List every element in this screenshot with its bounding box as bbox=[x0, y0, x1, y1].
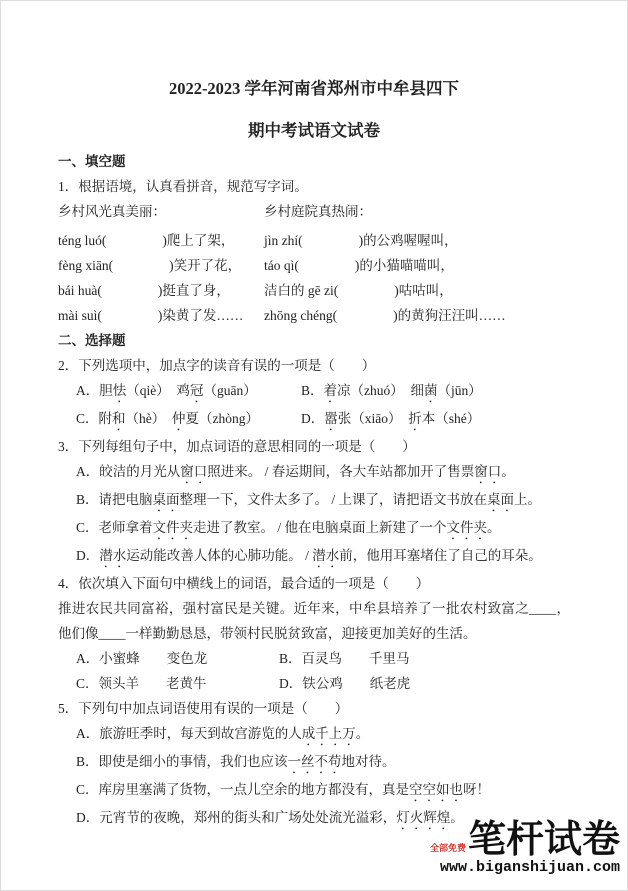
pinyin-clue: táo qì( bbox=[264, 258, 299, 273]
clue-suffix: )的黄狗汪汪叫…… bbox=[393, 308, 506, 323]
q2-option-d: D．嚣张（xiāo） 折本（shé） bbox=[301, 406, 570, 434]
q5-options: A．旅游旺季时，每天到故宫游览的人成千上万。 B．即使是细小的事情，我们也应该一… bbox=[58, 721, 570, 833]
section-heading-multiple-choice: 二、选择题 bbox=[58, 328, 570, 353]
q1-right-header: 乡村庭院真热闹： bbox=[264, 199, 570, 224]
pinyin-clue: zhōng chéng( bbox=[264, 308, 337, 323]
q2-option-b: B．着凉（zhuó） 细菌（jūn） bbox=[301, 378, 570, 406]
clue-suffix: )的公鸡喔喔叫， bbox=[359, 233, 458, 248]
q2-option-c: C．附和（hè） 仲夏（zhòng） bbox=[76, 406, 301, 434]
q3-option-c: C．老师拿着文件夹走进了教室。 / 他在电脑桌面上新建了一个文件夹。 bbox=[58, 515, 570, 543]
q3-stem: 3．下列每组句子中，加点词语的意思相同的一项是（ ） bbox=[58, 434, 570, 459]
pinyin-row: téng luó()爬上了架， jìn zhí()的公鸡喔喔叫， bbox=[58, 228, 570, 253]
q2-options: A．胆怯（qiè） 鸡冠（guān） B．着凉（zhuó） 细菌（jūn） C．… bbox=[58, 378, 570, 434]
pinyin-row: fèng xiān()笑开了花， táo qì()的小猫喵喵叫， bbox=[58, 253, 570, 278]
pinyin-row: bái huà()挺直了身， 洁白的 gē zi()咕咕叫， bbox=[58, 278, 570, 303]
q4-option-d: D．铁公鸡 纸老虎 bbox=[279, 671, 570, 696]
pinyin-clue: mài suì( bbox=[58, 308, 102, 323]
q2-stem: 2．下列选项中，加点字的读音有误的一项是（ ） bbox=[58, 353, 570, 378]
clue-suffix: )染黄了发…… bbox=[158, 308, 244, 323]
q5-option-b: B．即使是细小的事情，我们也应该一丝不苟地对待。 bbox=[58, 749, 570, 777]
clue-suffix: )笑开了花， bbox=[169, 258, 241, 273]
logo-brand-text: 笔杆试卷 bbox=[468, 821, 620, 859]
page-subtitle: 期中考试语文试卷 bbox=[58, 121, 570, 141]
q4-option-c: C．领头羊 老黄牛 bbox=[76, 671, 279, 696]
q3-option-a: A．皎洁的月光从窗口照进来。 / 春运期间，各大车站都加开了售票窗口。 bbox=[58, 459, 570, 487]
q4-options: A．小蜜蜂 变色龙 B．百灵鸟 千里马 C．领头羊 老黄牛 D．铁公鸡 纸老虎 bbox=[58, 646, 570, 696]
q3-options: A．皎洁的月光从窗口照进来。 / 春运期间，各大车站都加开了售票窗口。 B．请把… bbox=[58, 459, 570, 571]
q4-passage: 推进农民共同富裕，强村富民是关键。近年来，中牟县培养了一批农村致富之____，他… bbox=[58, 596, 570, 646]
pinyin-clue: bái huà( bbox=[58, 283, 102, 298]
clue-suffix: )爬上了架， bbox=[162, 233, 234, 248]
logo-website-url: www.biganshijuan.com bbox=[430, 859, 620, 877]
q3-option-b: B．请把电脑桌面整理一下，文件太多了。 / 上课了，请把语文书放在桌面上。 bbox=[58, 487, 570, 515]
pinyin-row: mài suì()染黄了发…… zhōng chéng()的黄狗汪汪叫…… bbox=[58, 303, 570, 328]
pinyin-clue: 洁白的 gē zi( bbox=[264, 283, 338, 298]
q1-column-headers: 乡村风光真美丽： 乡村庭院真热闹： bbox=[58, 199, 570, 224]
q5-stem: 5．下列句中加点词语使用有误的一项是（ ） bbox=[58, 696, 570, 721]
q5-option-a: A．旅游旺季时，每天到故宫游览的人成千上万。 bbox=[58, 721, 570, 749]
clue-suffix: )挺直了身， bbox=[158, 283, 230, 298]
pinyin-clue: téng luó( bbox=[58, 233, 106, 248]
clue-suffix: )咕咕叫， bbox=[394, 283, 453, 298]
clue-suffix: )的小猫喵喵叫， bbox=[355, 258, 454, 273]
q3-option-d: D．潜水运动能改善人体的心肺功能。 / 潜水前，他用耳塞堵住了自己的耳朵。 bbox=[58, 543, 570, 571]
logo-tagline: 全部免费 bbox=[430, 844, 466, 853]
q4-stem: 4．依次填入下面句中横线上的词语，最合适的一项是（ ） bbox=[58, 571, 570, 596]
pinyin-clue: jìn zhí( bbox=[264, 233, 303, 248]
q4-option-a: A．小蜜蜂 变色龙 bbox=[76, 646, 279, 671]
q1-left-header: 乡村风光真美丽： bbox=[58, 199, 264, 224]
q1-pinyin-rows: téng luó()爬上了架， jìn zhí()的公鸡喔喔叫， fèng xi… bbox=[58, 228, 570, 328]
q4-option-b: B．百灵鸟 千里马 bbox=[279, 646, 570, 671]
q1-stem: 1．根据语境，认真看拼音，规范写字词。 bbox=[58, 174, 570, 199]
pinyin-clue: fèng xiān( bbox=[58, 258, 113, 273]
q2-option-a: A．胆怯（qiè） 鸡冠（guān） bbox=[76, 378, 301, 406]
biganshijuan-watermark-logo: 全部免费 笔杆试卷 www.biganshijuan.com bbox=[430, 821, 620, 877]
page-title: 2022-2023 学年河南省郑州市中牟县四下 bbox=[58, 79, 570, 99]
section-heading-fill-in: 一、填空题 bbox=[58, 149, 570, 174]
q5-option-c: C．库房里塞满了货物，一点儿空余的地方都没有，真是空空如也呀！ bbox=[58, 777, 570, 805]
exam-paper-page: 2022-2023 学年河南省郑州市中牟县四下 期中考试语文试卷 一、填空题 1… bbox=[0, 0, 628, 891]
